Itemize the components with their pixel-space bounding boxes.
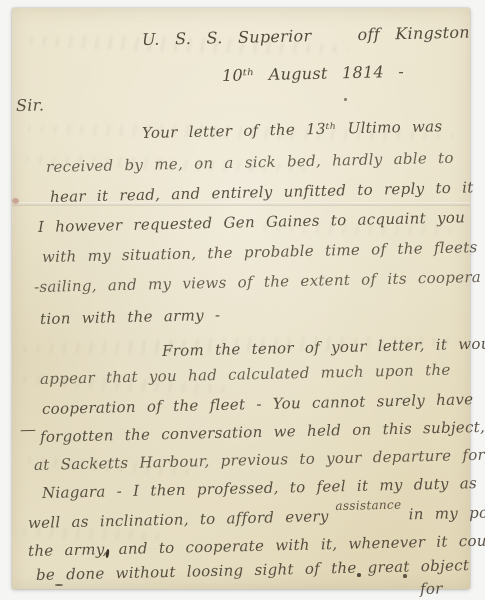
date-line: 10ᵗʰ August 1814 -	[222, 62, 404, 85]
letter-body: U. S. S. Superior off Kingston -10ᵗʰ Aug…	[12, 8, 470, 589]
body-line: Your letter of the 13ᵗʰ Ultimo was	[142, 117, 443, 142]
line-text: well as inclination, to afford every	[28, 507, 329, 532]
body-line: forgotten the conversation we held on th…	[40, 418, 485, 446]
body-line: with my situation, the probable time of …	[42, 238, 478, 266]
letter-page: U. S. S. Superior off Kingston -10ᵗʰ Aug…	[12, 8, 470, 589]
body-line: be done without loosing sight of the gre…	[36, 556, 470, 584]
margin-dash: —	[20, 420, 36, 439]
body-line: From the tenor of your letter, it would	[162, 334, 485, 360]
line-text: in my power to	[408, 502, 485, 523]
body-line: received by me, on a sick bed, hardly ab…	[46, 149, 454, 176]
inserted-word-above: assistance	[335, 498, 401, 513]
body-line: the army, and to cooperate with it, when…	[28, 531, 485, 560]
salutation: Sir.	[16, 95, 45, 115]
body-line: -sailing, and my views of the extent of …	[34, 268, 481, 296]
body-line: appear that you had calculated much upon…	[40, 361, 451, 388]
body-line: at Sacketts Harbour, previous to your de…	[34, 446, 485, 474]
catchword: for	[420, 579, 443, 598]
body-line: well as inclination, to afford everyassi…	[28, 502, 485, 532]
body-line: hear it read, and entirely unfitted to r…	[50, 178, 485, 206]
body-line: Niagara - I then professed, to feel it m…	[42, 474, 477, 502]
body-line: cooperation of the fleet - You cannot su…	[42, 390, 474, 418]
body-line: tion with the army -	[40, 306, 221, 328]
heading-line: U. S. S. Superior off Kingston -	[142, 22, 485, 49]
body-line: I however requested Gen Gaines to acquai…	[38, 208, 465, 236]
